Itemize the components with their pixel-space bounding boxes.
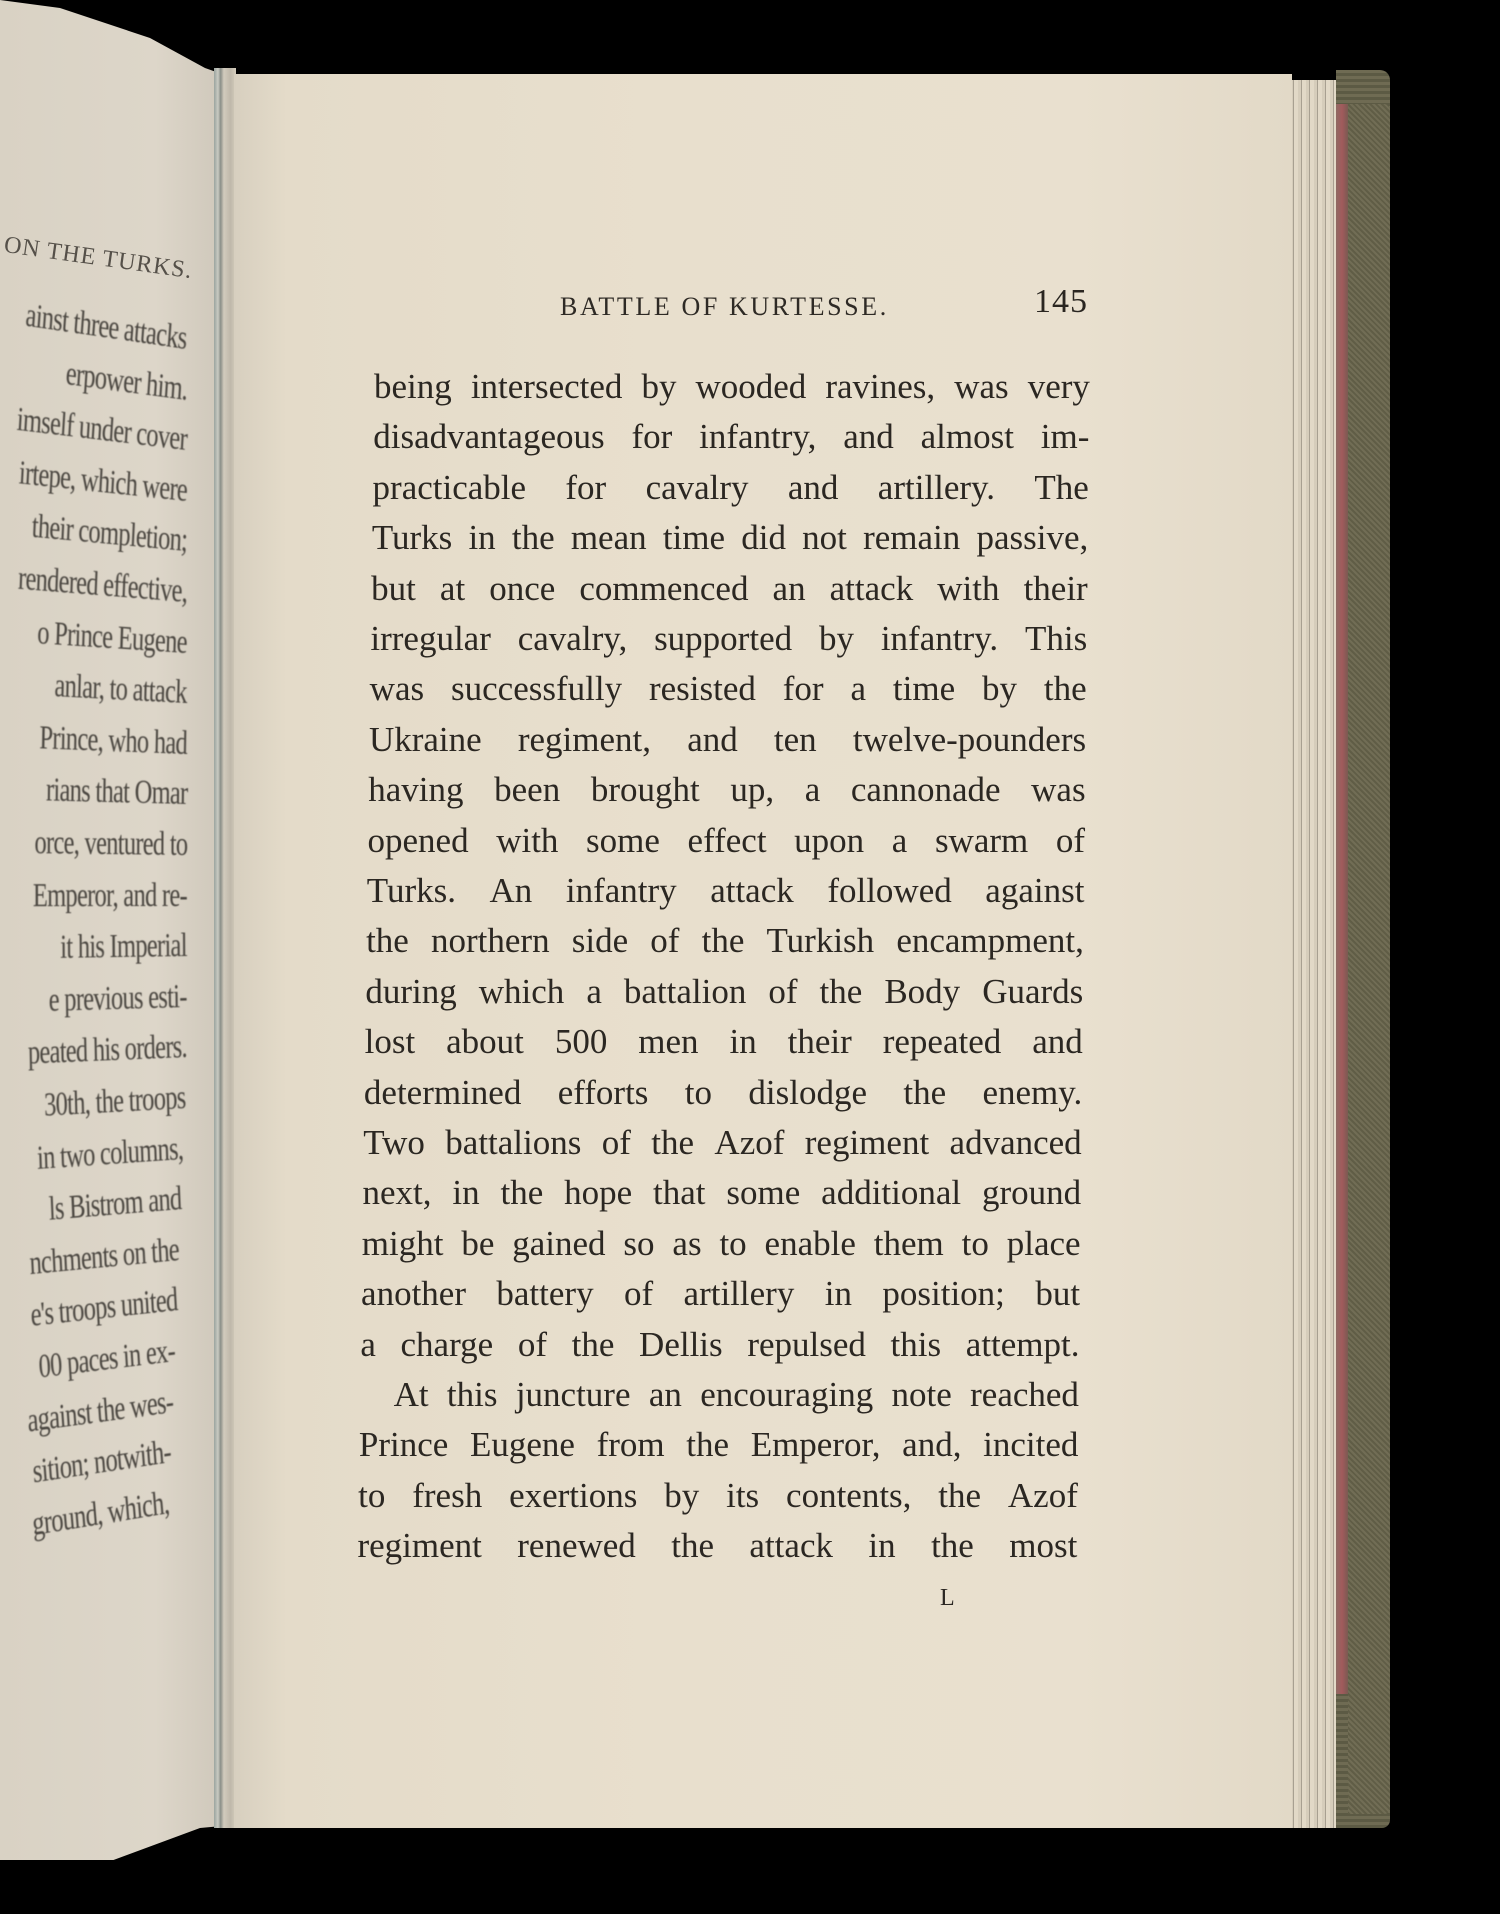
word: place bbox=[1007, 1219, 1081, 1269]
word: in bbox=[452, 1168, 479, 1218]
word: commenced bbox=[579, 564, 748, 614]
word: of bbox=[1056, 816, 1085, 866]
word: determined bbox=[364, 1068, 521, 1118]
word: artillery. bbox=[878, 463, 995, 513]
left-text-line: ainst three attacks bbox=[25, 297, 189, 358]
word: of bbox=[518, 1320, 547, 1370]
word: exertions bbox=[509, 1471, 637, 1521]
word: An bbox=[490, 866, 533, 916]
red-page-edge bbox=[1336, 104, 1348, 1694]
word: dislodge bbox=[748, 1068, 867, 1118]
word: next, bbox=[362, 1168, 431, 1218]
page-number: 145 bbox=[1034, 283, 1088, 321]
word: im- bbox=[1041, 412, 1090, 462]
word: attack bbox=[710, 866, 794, 916]
word: Body bbox=[884, 967, 960, 1017]
word: fresh bbox=[412, 1471, 482, 1521]
word: another bbox=[361, 1269, 466, 1319]
word: Ukraine bbox=[369, 715, 482, 765]
word: repulsed bbox=[747, 1320, 866, 1370]
word: northern bbox=[431, 916, 550, 966]
word: very bbox=[1028, 362, 1090, 412]
left-running-head: ON THE TURKS. bbox=[2, 232, 194, 285]
text-line: tofreshexertionsbyitscontents,theAzof bbox=[358, 1471, 1078, 1521]
left-text-line: nchments on the bbox=[29, 1231, 180, 1283]
text-line: Atthisjunctureanencouragingnotereached bbox=[394, 1370, 1079, 1420]
word: disadvantageous bbox=[373, 412, 604, 462]
word: Turks. bbox=[367, 866, 456, 916]
word: infantry, bbox=[699, 412, 816, 462]
text-line: next,inthehopethatsomeadditionalground bbox=[362, 1168, 1081, 1218]
word: about bbox=[446, 1017, 524, 1067]
word: supported bbox=[654, 614, 792, 664]
word: was bbox=[954, 362, 1008, 412]
word: to bbox=[962, 1219, 989, 1269]
word: practicable bbox=[373, 463, 527, 513]
word: the bbox=[903, 1068, 946, 1118]
word: enable bbox=[765, 1219, 856, 1269]
word: to bbox=[358, 1471, 385, 1521]
word: was bbox=[370, 664, 424, 714]
left-text-line: their completion; bbox=[31, 508, 188, 560]
word: by bbox=[982, 664, 1017, 714]
book-cover-cloth bbox=[1348, 104, 1390, 1814]
word: so bbox=[623, 1219, 654, 1269]
word: This bbox=[1025, 614, 1087, 664]
word: of bbox=[602, 1118, 631, 1168]
word: but bbox=[371, 564, 416, 614]
text-line: duringwhichabattalionoftheBodyGuards bbox=[365, 967, 1083, 1017]
word: a bbox=[586, 967, 602, 1017]
word: At bbox=[394, 1370, 429, 1420]
word: attempt. bbox=[966, 1320, 1080, 1370]
word: the bbox=[671, 1521, 714, 1571]
word: encampment, bbox=[896, 916, 1084, 966]
page-stack-edge bbox=[1290, 80, 1336, 1828]
left-text-line: anlar, to attack bbox=[54, 667, 187, 712]
word: by bbox=[664, 1471, 699, 1521]
left-text-line: orce, ventured to bbox=[34, 824, 187, 864]
word: the bbox=[820, 967, 863, 1017]
word: battery bbox=[496, 1269, 593, 1319]
word: renewed bbox=[517, 1521, 636, 1571]
word: at bbox=[440, 564, 465, 614]
word: The bbox=[1034, 463, 1088, 513]
word: cavalry bbox=[646, 463, 749, 513]
word: been bbox=[494, 765, 560, 815]
word: artillery bbox=[684, 1269, 795, 1319]
word: passive, bbox=[976, 513, 1088, 563]
word: which bbox=[479, 967, 565, 1017]
word: for bbox=[631, 412, 672, 462]
word: of bbox=[650, 916, 679, 966]
word: Turks bbox=[372, 513, 452, 563]
left-page: ON THE TURKS. ainst three attackserpower… bbox=[0, 0, 222, 1860]
word: the bbox=[500, 1168, 543, 1218]
word: for bbox=[565, 463, 606, 513]
word: lost bbox=[365, 1017, 416, 1067]
word: efforts bbox=[558, 1068, 649, 1118]
word: but bbox=[1035, 1269, 1080, 1319]
word: ravines, bbox=[825, 362, 935, 412]
word: charge bbox=[401, 1320, 494, 1370]
text-line: PrinceEugenefromtheEmperor,and,incited bbox=[359, 1420, 1079, 1470]
word: the bbox=[366, 916, 409, 966]
left-text-line: rendered effective, bbox=[17, 560, 188, 611]
word: successfully bbox=[451, 664, 622, 714]
word: for bbox=[783, 664, 824, 714]
word: during bbox=[365, 967, 456, 1017]
word: was bbox=[1031, 765, 1085, 815]
word: side bbox=[572, 916, 628, 966]
word: its bbox=[726, 1471, 759, 1521]
word: gained bbox=[512, 1219, 605, 1269]
word: to bbox=[719, 1219, 746, 1269]
left-text-line: imself under cover bbox=[16, 401, 188, 459]
word: in bbox=[868, 1521, 895, 1571]
word: time bbox=[663, 513, 725, 563]
word: an bbox=[773, 564, 806, 614]
word: to bbox=[685, 1068, 712, 1118]
text-line: irregularcavalry,supportedbyinfantry.Thi… bbox=[370, 614, 1087, 664]
word: in bbox=[825, 1269, 852, 1319]
word: a bbox=[360, 1320, 376, 1370]
word: that bbox=[653, 1168, 705, 1218]
text-line: TwobattalionsoftheAzofregimentadvanced bbox=[363, 1118, 1082, 1168]
word: note bbox=[892, 1370, 952, 1420]
word: this bbox=[891, 1320, 942, 1370]
word: up, bbox=[730, 765, 774, 815]
word: time bbox=[893, 664, 955, 714]
word: 500 bbox=[555, 1017, 608, 1067]
word: their bbox=[788, 1017, 852, 1067]
word: of bbox=[768, 967, 797, 1017]
text-line: openedwithsomeeffectuponaswarmof bbox=[368, 816, 1086, 866]
word: an bbox=[649, 1370, 682, 1420]
word: advanced bbox=[950, 1118, 1082, 1168]
text-line: havingbeenbroughtup,acannonadewas bbox=[368, 765, 1085, 815]
left-text-line: erpower him. bbox=[64, 355, 188, 409]
word: with bbox=[937, 564, 999, 614]
word: the bbox=[938, 1471, 981, 1521]
word: being bbox=[374, 362, 452, 412]
word: Guards bbox=[982, 967, 1083, 1017]
text-line: Turks.Aninfantryattackfollowedagainst bbox=[367, 866, 1085, 916]
text-line: mightbegainedsoastoenablethemtoplace bbox=[362, 1219, 1081, 1269]
text-line: achargeoftheDellisrepulsedthisattempt. bbox=[360, 1320, 1079, 1370]
word: as bbox=[672, 1219, 701, 1269]
left-text-line: e previous esti- bbox=[49, 978, 188, 1020]
word: irregular bbox=[370, 614, 490, 664]
word: them bbox=[874, 1219, 944, 1269]
word: Azof bbox=[1008, 1471, 1078, 1521]
text-line: practicableforcavalryandartillery.The bbox=[373, 463, 1089, 513]
word: effect bbox=[688, 816, 767, 866]
left-text-line: rians that Omar bbox=[45, 772, 187, 814]
left-text-line: ground, which, bbox=[31, 1484, 171, 1544]
word: the bbox=[1044, 664, 1087, 714]
word: by bbox=[819, 614, 854, 664]
word: upon bbox=[794, 816, 864, 866]
left-text-line: 00 paces in ex- bbox=[38, 1332, 177, 1386]
word: Azof bbox=[714, 1118, 784, 1168]
word: ten bbox=[774, 715, 817, 765]
running-head: BATTLE OF KURTESSE. bbox=[560, 292, 889, 322]
word: most bbox=[1009, 1521, 1077, 1571]
word: not bbox=[802, 513, 847, 563]
word: wooded bbox=[696, 362, 807, 412]
word: juncture bbox=[516, 1370, 631, 1420]
left-text-line: e's troops united bbox=[29, 1281, 178, 1335]
book-gutter bbox=[214, 68, 236, 1828]
word: followed bbox=[827, 866, 951, 916]
word: contents, bbox=[786, 1471, 911, 1521]
word: attack bbox=[749, 1521, 833, 1571]
word: resisted bbox=[649, 664, 756, 714]
left-text-line: 30th, the troops bbox=[43, 1079, 185, 1125]
word: the bbox=[931, 1521, 974, 1571]
word: cannonade bbox=[851, 765, 1001, 815]
text-line: thenorthernsideoftheTurkishencampment, bbox=[366, 916, 1084, 966]
word: ground bbox=[982, 1168, 1081, 1218]
word: from bbox=[597, 1420, 665, 1470]
word: remain bbox=[863, 513, 960, 563]
word: might bbox=[362, 1219, 444, 1269]
text-line: anotherbatteryofartilleryinposition;but bbox=[361, 1269, 1080, 1319]
left-text-line: sition; notwith- bbox=[32, 1433, 173, 1491]
word: Prince bbox=[359, 1420, 448, 1470]
text-line: determinedeffortstodislodgetheenemy. bbox=[364, 1068, 1082, 1118]
word: Emperor, bbox=[751, 1420, 881, 1470]
left-text-line: irtepe, which were bbox=[18, 454, 188, 510]
word: of bbox=[624, 1269, 653, 1319]
word: reached bbox=[970, 1370, 1079, 1420]
word: opened bbox=[368, 816, 469, 866]
left-text-line: Prince, who had bbox=[39, 719, 187, 763]
left-text-line: it his Imperial bbox=[60, 927, 187, 967]
word: and bbox=[687, 715, 738, 765]
word: infantry. bbox=[881, 614, 998, 664]
word: the bbox=[651, 1118, 694, 1168]
left-text-line: ls Bistrom and bbox=[48, 1180, 182, 1229]
word: against bbox=[985, 866, 1084, 916]
word: the bbox=[686, 1420, 729, 1470]
word: a bbox=[805, 765, 821, 815]
word: some bbox=[726, 1168, 800, 1218]
text-line: butatoncecommencedanattackwiththeir bbox=[371, 564, 1088, 614]
word: swarm bbox=[935, 816, 1028, 866]
left-text-line: peated his orders. bbox=[28, 1028, 188, 1073]
word: be bbox=[461, 1219, 494, 1269]
word: repeated bbox=[883, 1017, 1002, 1067]
word: in bbox=[468, 513, 495, 563]
word: Two bbox=[363, 1118, 425, 1168]
text-line: disadvantageousforinfantry,andalmostim- bbox=[373, 412, 1089, 462]
word: the bbox=[572, 1320, 615, 1370]
signature-mark: L bbox=[940, 1585, 956, 1612]
word: battalions bbox=[445, 1118, 581, 1168]
word: battalion bbox=[624, 967, 746, 1017]
left-text-line: o Prince Eugene bbox=[37, 614, 188, 662]
word: the bbox=[512, 513, 555, 563]
word: some bbox=[586, 816, 660, 866]
word: a bbox=[892, 816, 908, 866]
text-line: regimentrenewedtheattackinthemost bbox=[357, 1521, 1077, 1571]
word: encouraging bbox=[700, 1370, 873, 1420]
word: Eugene bbox=[470, 1420, 575, 1470]
word: twelve-pounders bbox=[853, 715, 1086, 765]
word: Turkish bbox=[767, 916, 875, 966]
word: by bbox=[641, 362, 676, 412]
left-text-line: against the wes- bbox=[26, 1383, 174, 1440]
text-line: beingintersectedbywoodedravines,wasvery bbox=[374, 362, 1090, 412]
word: in bbox=[729, 1017, 756, 1067]
word: additional bbox=[821, 1168, 961, 1218]
word: once bbox=[489, 564, 555, 614]
word: regiment bbox=[357, 1521, 481, 1571]
word: and bbox=[788, 463, 839, 513]
word: men bbox=[638, 1017, 698, 1067]
word: this bbox=[447, 1370, 498, 1420]
word: the bbox=[702, 916, 745, 966]
word: infantry bbox=[566, 866, 677, 916]
word: regiment bbox=[805, 1118, 929, 1168]
word: brought bbox=[591, 765, 700, 815]
word: and bbox=[843, 412, 894, 462]
text-line: wassuccessfullyresistedforatimebythe bbox=[370, 664, 1087, 714]
word: and, bbox=[902, 1420, 961, 1470]
word: cavalry, bbox=[518, 614, 627, 664]
left-text-line: in two columns, bbox=[36, 1130, 183, 1178]
text-line: Turksinthemeantimedidnotremainpassive, bbox=[372, 513, 1089, 563]
word: enemy. bbox=[982, 1068, 1082, 1118]
word: hope bbox=[564, 1168, 632, 1218]
word: Dellis bbox=[639, 1320, 723, 1370]
text-line: lostabout500menintheirrepeatedand bbox=[365, 1017, 1083, 1067]
word: a bbox=[850, 664, 866, 714]
word: having bbox=[368, 765, 463, 815]
word: regiment, bbox=[518, 715, 651, 765]
word: did bbox=[741, 513, 786, 563]
text-line: Ukraineregiment,andtentwelve-pounders bbox=[369, 715, 1086, 765]
word: with bbox=[496, 816, 558, 866]
word: almost bbox=[921, 412, 1014, 462]
word: intersected bbox=[471, 362, 623, 412]
left-text-line: Emperor, and re- bbox=[33, 877, 187, 915]
word: and bbox=[1032, 1017, 1083, 1067]
word: mean bbox=[571, 513, 647, 563]
word: their bbox=[1024, 564, 1088, 614]
word: incited bbox=[983, 1420, 1078, 1470]
word: position; bbox=[882, 1269, 1005, 1319]
word: attack bbox=[830, 564, 914, 614]
